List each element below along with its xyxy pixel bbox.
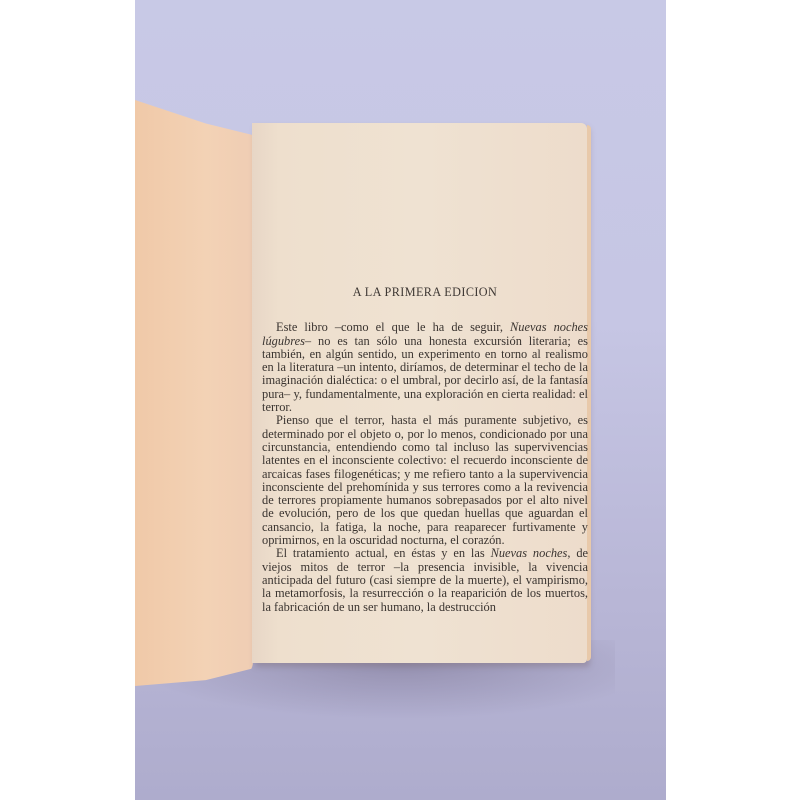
paragraph-3-title: Nuevas noches <box>491 546 568 560</box>
left-page-blank <box>135 100 253 686</box>
book-photo: A LA PRIMERA EDICION Este libro –como el… <box>135 0 666 800</box>
paragraph-3: El tratamiento actual, en éstas y en las… <box>262 547 588 613</box>
page-text: A LA PRIMERA EDICION Este libro –como el… <box>262 286 588 614</box>
paragraph-2-text: Pienso que el terror, hasta el más puram… <box>262 413 588 547</box>
right-page: A LA PRIMERA EDICION Este libro –como el… <box>252 123 587 663</box>
paragraph-1: Este libro –como el que le ha de seguir,… <box>262 321 588 414</box>
chapter-heading: A LA PRIMERA EDICION <box>262 286 588 299</box>
paragraph-3-lead: El tratamiento actual, en éstas y en las <box>276 546 491 560</box>
paragraph-1-rest: – no es tan sólo una honesta excursión l… <box>262 334 588 414</box>
paragraph-1-lead: Este libro –como el que le ha de seguir, <box>276 320 510 334</box>
paragraph-2: Pienso que el terror, hasta el más puram… <box>262 414 588 547</box>
